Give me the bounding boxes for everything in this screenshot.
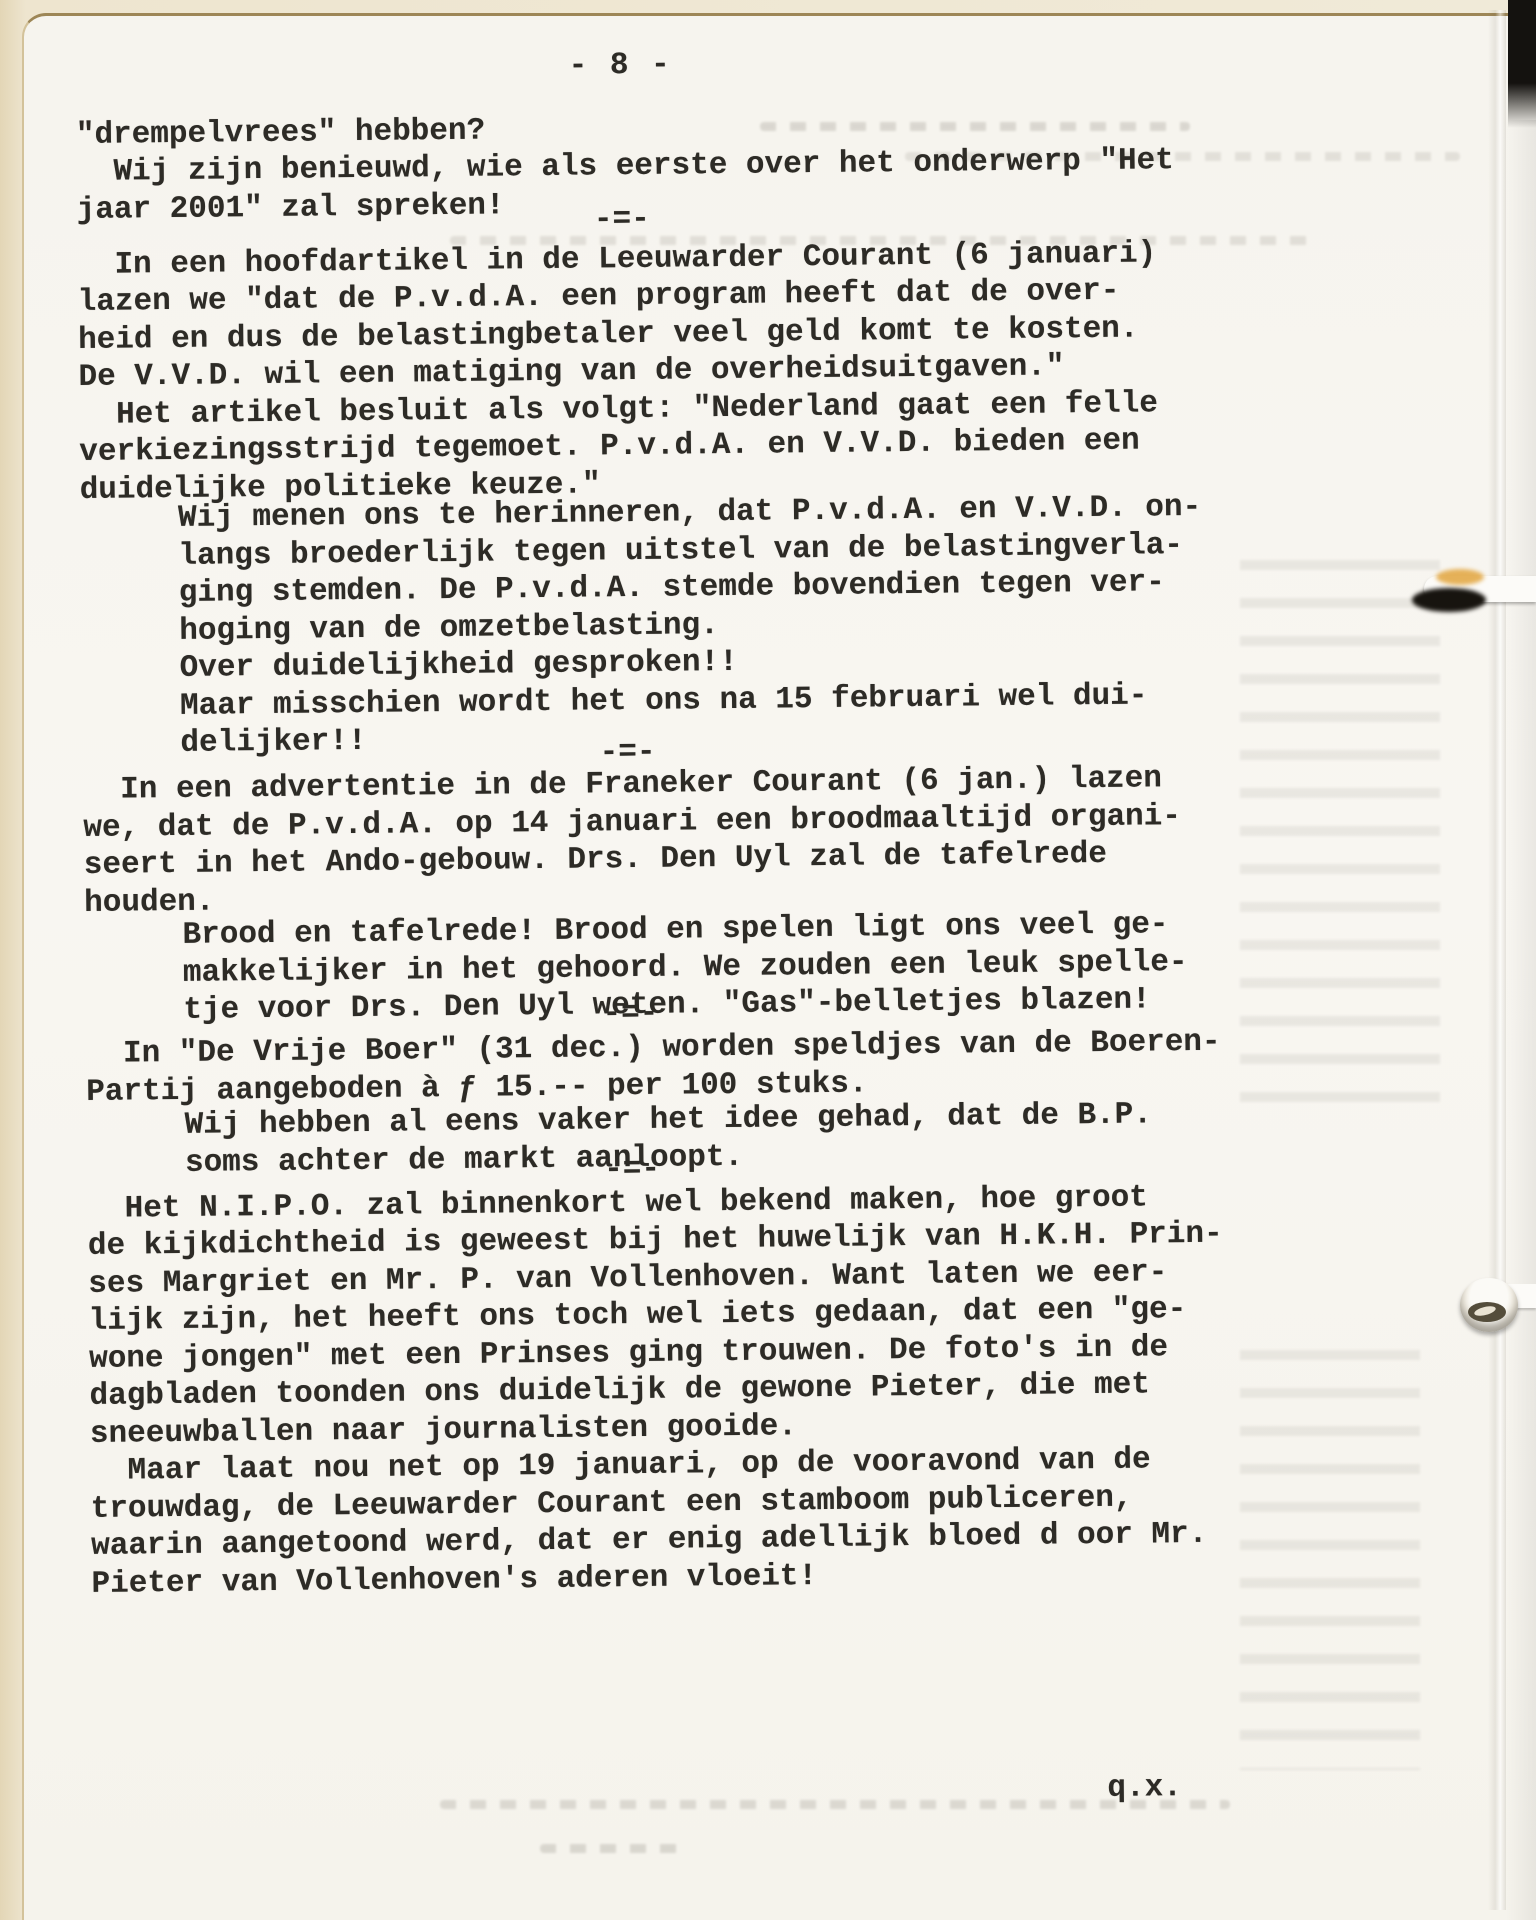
binder-ring-shadow: [1412, 588, 1486, 612]
bleed-through-smudge: [1240, 560, 1440, 1120]
indented-paragraph: Wij menen ons te herinneren, dat P.v.d.A…: [80, 488, 1243, 763]
binder-hole: [1460, 1278, 1518, 1332]
indented-paragraph: Brood en tafelrede! Brood en spelen ligt…: [84, 905, 1245, 1030]
paragraph: In een advertentie in de Franeker Couran…: [83, 759, 1245, 922]
paragraph: Het N.I.P.O. zal binnenkort wel bekend m…: [87, 1178, 1251, 1603]
page-edge-shade: [1506, 120, 1536, 1920]
paragraph: In een hoofdartikel in de Leeuwarder Cou…: [77, 234, 1240, 509]
scan-dark-corner: [1508, 0, 1536, 128]
page-crease: [1488, 10, 1506, 1910]
binder-ring-tab: [1424, 576, 1536, 602]
bleed-through-smudge: [1240, 1350, 1420, 1770]
binder-ring-accent: [1436, 569, 1484, 585]
bleed-through-smudge: [540, 1844, 680, 1853]
typewritten-text-body: - 8 - "drempelvrees" hebben? Wij zijn be…: [75, 40, 1254, 1818]
